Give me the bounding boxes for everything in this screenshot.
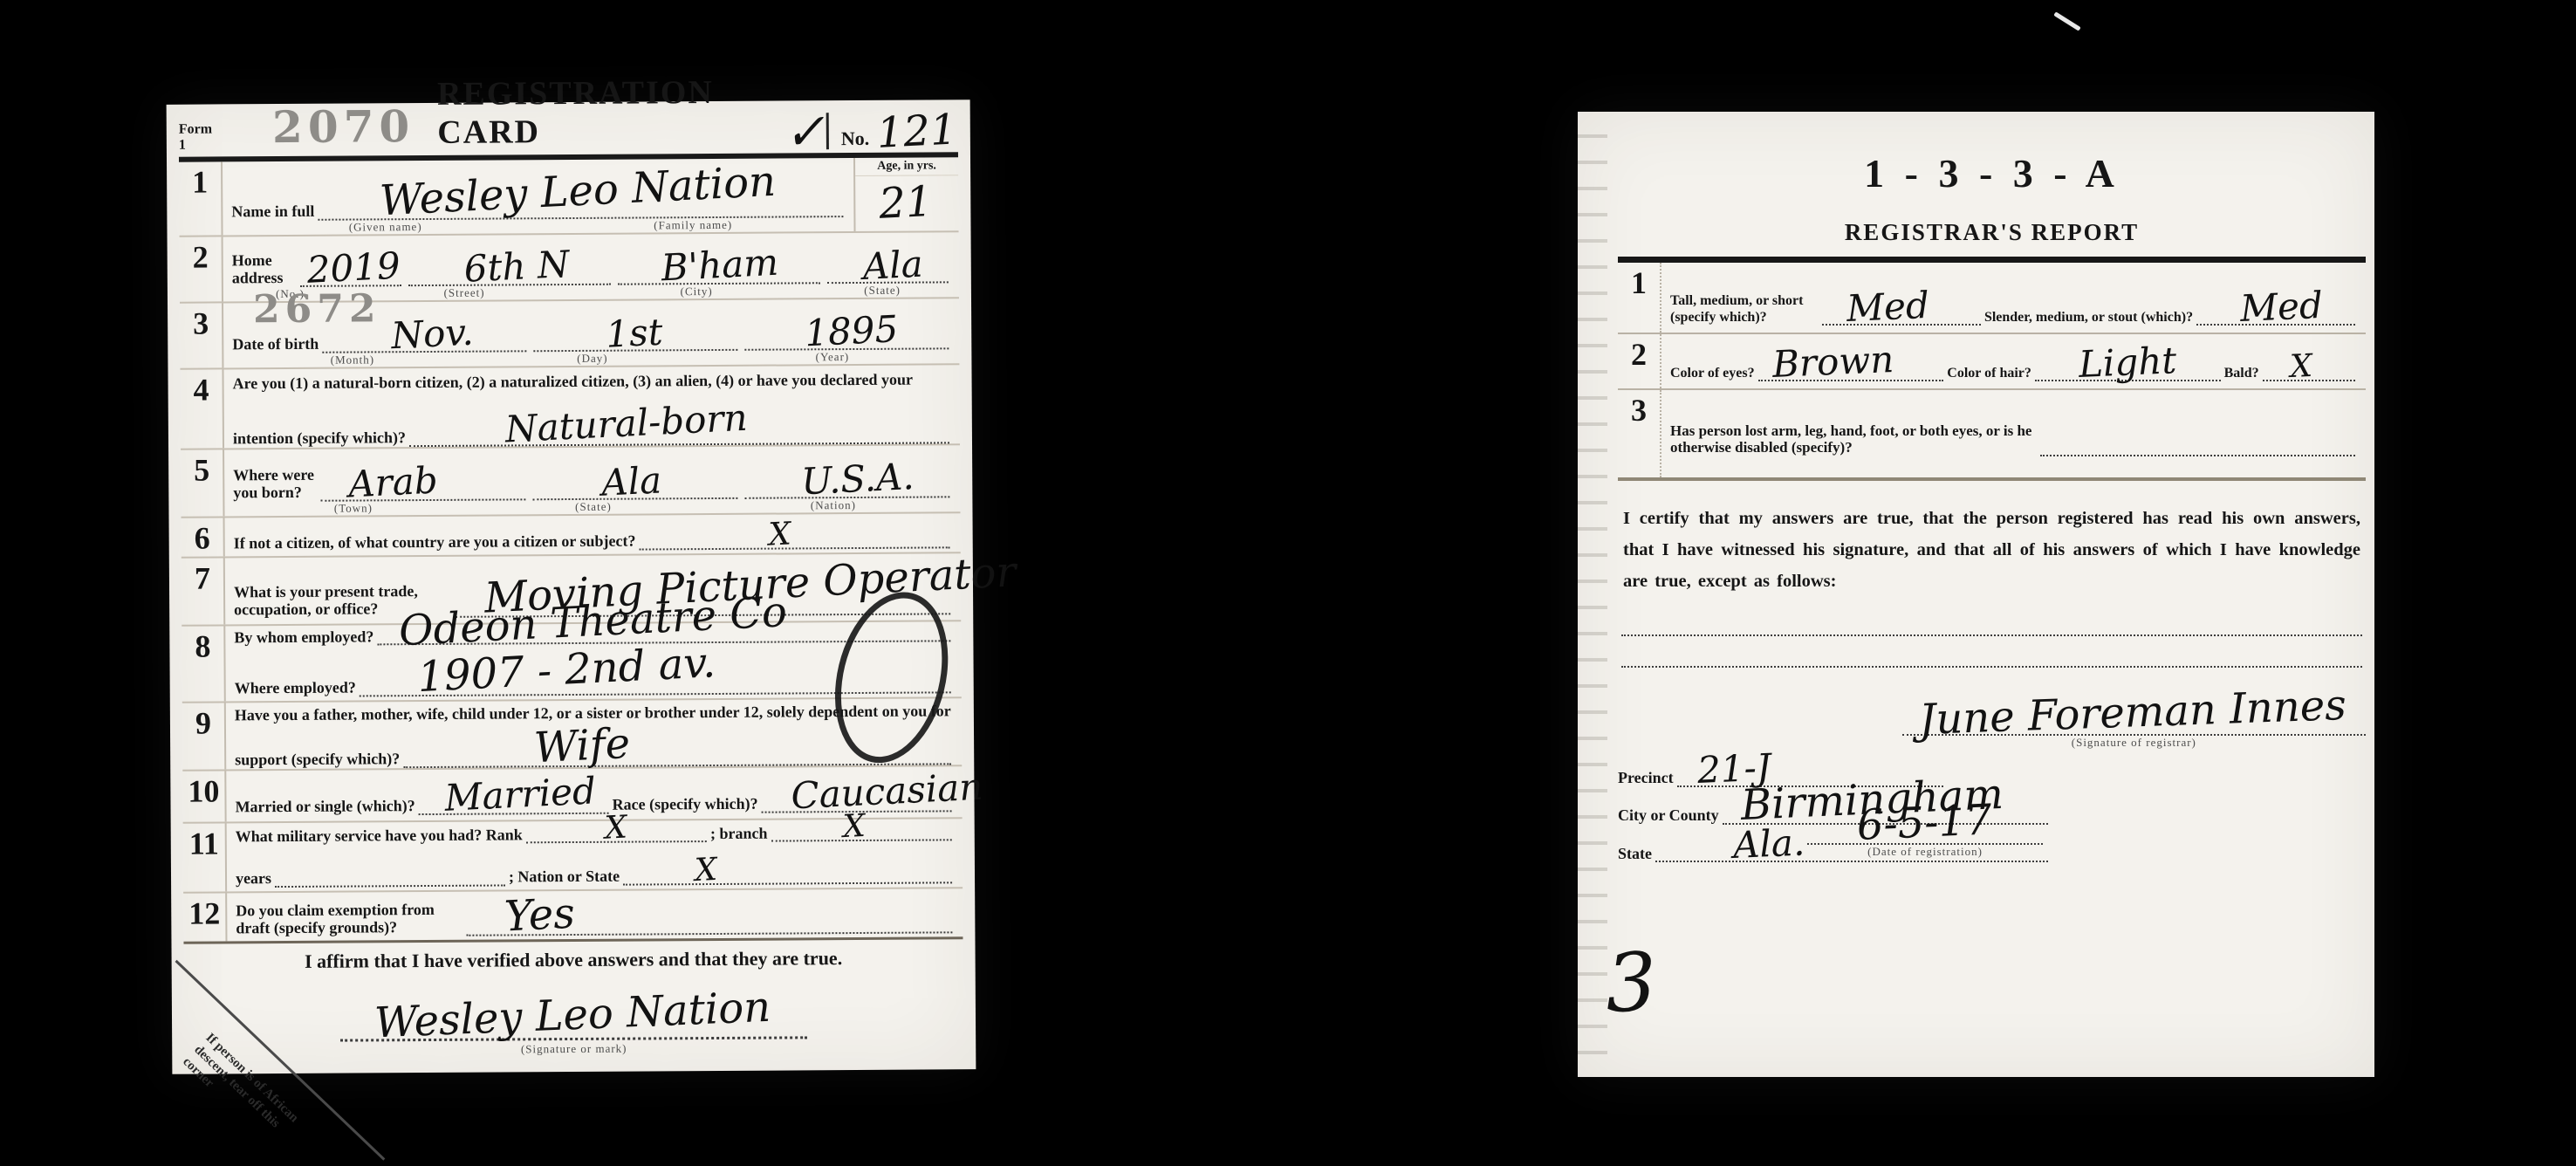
born-state-line: Ala	[532, 481, 737, 501]
military-branch-x: X	[842, 811, 866, 843]
build-girth-question: Slender, medium, or stout (which)?	[1984, 310, 2193, 326]
employer-label: By whom employed?	[234, 628, 373, 647]
registrar-signature-block: June Foreman Innes (Signature of registr…	[1902, 699, 2366, 750]
report-line-build: 1 Tall, medium, or short (specify which)…	[1618, 263, 2366, 334]
military-nation-x: X	[694, 854, 717, 887]
registrar-signature-handwriting: June Foreman Innes	[1919, 684, 2347, 741]
address-street-line: 6th N	[408, 267, 611, 287]
line-number: 8	[182, 626, 226, 701]
exemption-value-handwriting: Yes	[504, 893, 576, 938]
birth-day-handwriting: 1st	[605, 314, 663, 353]
line-where-born: 5 Where were you born? Arab Ala U.S.A. (…	[181, 445, 960, 518]
signature-block: Wesley Leo Nation (Signature or mark)	[339, 999, 807, 1057]
precinct-label: Precinct	[1618, 769, 1674, 787]
line-number: 4	[180, 369, 224, 448]
military-nation-line: X	[623, 865, 952, 885]
build-girth-handwriting: Med	[2239, 287, 2323, 327]
state-label: State	[1618, 845, 1652, 863]
classification-code: 1 - 3 - 3 - A	[1618, 117, 2366, 196]
born-state-handwriting: Ala	[600, 462, 662, 501]
check-mark: ✓	[783, 107, 826, 158]
registration-date-handwriting: 6-5-17	[1856, 799, 1993, 847]
military-nation-label: ; Nation or State	[509, 868, 620, 886]
line-number: 2	[1618, 334, 1661, 388]
line-number: 9	[182, 703, 226, 769]
exemption-write-line: Yes	[466, 915, 952, 936]
hair-color-label: Color of hair?	[1947, 366, 2031, 381]
disability-write-line	[2040, 438, 2355, 456]
serial-number-group: No. 121	[826, 112, 958, 149]
age-value-handwriting: 21	[879, 180, 934, 224]
blank-dotted-line	[1621, 636, 2362, 668]
build-height-question: Tall, medium, or short (specify which)?	[1670, 293, 1819, 326]
family-name-caption: (Family name)	[539, 217, 847, 233]
country-x-mark: X	[768, 518, 791, 551]
exemption-question: Do you claim exemption from draft (speci…	[236, 900, 462, 937]
military-branch-line: X	[771, 822, 951, 841]
line-military: 11 What military service have you had? R…	[183, 819, 963, 893]
perforated-stub-edge	[1578, 112, 1607, 1077]
form-number-label: Form 1	[179, 121, 217, 153]
citizenship-write-line: Natural-born	[409, 425, 949, 447]
citizenship-question-line1: Are you (1) a natural-born citizen, (2) …	[233, 370, 953, 393]
state-field: State Ala. 6-5-17 (Date of registration)	[1618, 844, 2052, 862]
line-number: 3	[1618, 390, 1661, 477]
date-of-registration-block: 6-5-17 (Date of registration)	[1807, 805, 2043, 859]
line-number: 10	[182, 771, 226, 821]
report-line-colors: 2 Color of eyes? Brown Color of hair? Li…	[1618, 334, 2366, 390]
bald-line: X	[2263, 363, 2355, 381]
address-no-line: 2019	[300, 268, 401, 287]
serial-number-value: 121	[876, 108, 958, 154]
address-city-line: B'ham	[618, 265, 820, 285]
age-label: Age, in yrs.	[855, 157, 958, 176]
birth-year-line: 1895	[744, 331, 949, 351]
line-citizenship: 4 Are you (1) a natural-born citizen, (2…	[180, 365, 960, 449]
country-question: If not a citizen, of what country are yo…	[234, 532, 636, 553]
line-exemption: 12 Do you claim exemption from draft (sp…	[183, 888, 963, 943]
military-rank-x: X	[604, 813, 627, 845]
build-girth-line: Med	[2196, 307, 2355, 326]
line-number: 5	[181, 449, 224, 516]
bald-label: Bald?	[2224, 366, 2259, 381]
state-handwriting: Ala.	[1732, 825, 1805, 865]
military-years-label: years	[236, 869, 271, 888]
married-write-line: Married	[419, 796, 609, 816]
corner-numeral-mark: 3	[1604, 943, 1659, 1025]
dependents-value-handwriting: Wife	[533, 723, 631, 769]
line-number: 7	[182, 558, 225, 624]
scanned-document-background: Form 1 2070 REGISTRATION CARD ✓ No. 121 …	[0, 0, 2576, 1166]
line-number: 1	[1618, 263, 1661, 333]
report-line-disability: 3 Has person lost arm, leg, hand, foot, …	[1618, 390, 2366, 481]
scan-scratch-mark	[2053, 11, 2080, 31]
eye-color-label: Color of eyes?	[1670, 366, 1755, 381]
registration-card: Form 1 2070 REGISTRATION CARD ✓ No. 121 …	[167, 99, 976, 1074]
birth-label: Date of birth	[232, 335, 319, 353]
name-label: Name in full	[231, 202, 314, 221]
address-street-handwriting: 6th N	[463, 246, 571, 288]
born-town-line: Arab	[320, 482, 525, 502]
citizenship-question-line2: intention (specify which)?	[233, 429, 406, 448]
affirmation-statement: I affirm that I have verified above answ…	[183, 939, 963, 973]
line-number: 11	[183, 823, 227, 891]
birth-day-line: 1st	[533, 333, 737, 353]
card-title: REGISTRATION CARD	[437, 73, 773, 152]
dependents-write-line: Wife	[403, 746, 951, 768]
name-write-line: Wesley Leo Nation	[318, 199, 843, 221]
disability-question: Has person lost arm, leg, hand, foot, or…	[1670, 422, 2037, 456]
line-employer: 8 By whom employed? Odeon Theatre Co Whe…	[182, 621, 962, 703]
african-descent-corner-note: If person is of African descent, tear of…	[179, 1030, 320, 1166]
registration-card-header: Form 1 2070 REGISTRATION CARD ✓ No. 121	[179, 106, 958, 161]
line-name: 1 Name in full Wesley Leo Nation (Given …	[179, 157, 959, 237]
country-write-line: X	[639, 530, 949, 550]
line-number: 2	[180, 237, 223, 301]
address-no-handwriting: 2019	[306, 248, 401, 289]
report-title: REGISTRAR'S REPORT	[1618, 196, 2366, 257]
born-nation-line: U.S.A.	[744, 479, 949, 499]
race-label: Race (specify which)?	[613, 795, 758, 814]
line-dependents: 9 Have you a father, mother, wife, child…	[182, 698, 962, 771]
address-state-handwriting: Ala	[861, 246, 923, 285]
dependents-question-line2: support (specify which)?	[235, 751, 400, 770]
serial-number-label: No.	[841, 127, 870, 149]
line-number: 3	[180, 303, 223, 367]
name-value-handwriting: Wesley Leo Nation	[379, 161, 777, 223]
where-employed-label: Where employed?	[235, 679, 356, 698]
born-state-caption: (State)	[473, 499, 713, 515]
age-box: Age, in yrs. 21	[853, 157, 959, 231]
address-city-handwriting: B'ham	[661, 244, 779, 287]
line-country: 6 If not a citizen, of what country are …	[182, 513, 961, 558]
birth-month-line: Nov.	[322, 333, 526, 353]
military-rank-line: X	[526, 824, 707, 843]
address-label: Home address	[232, 251, 297, 288]
where-employed-value-handwriting: 1907 - 2nd av.	[416, 641, 716, 698]
military-question: What military service have you had? Rank	[236, 826, 523, 846]
bald-x-mark: X	[2289, 351, 2312, 383]
address-state-line: Ala	[827, 264, 949, 284]
hair-color-line: Light	[2035, 363, 2221, 381]
born-label: Where were you born?	[233, 465, 317, 502]
line-date-of-birth: 3 2672 Date of birth Nov. 1st 1895 (	[180, 298, 959, 369]
race-value-handwriting: Caucasian	[790, 769, 983, 815]
build-height-handwriting: Med	[1846, 287, 1929, 327]
married-label: Married or single (which)?	[235, 797, 414, 816]
eye-color-line: Brown	[1758, 363, 1944, 381]
citizenship-value-handwriting: Natural-born	[504, 400, 749, 449]
eye-color-handwriting: Brown	[1771, 341, 1894, 383]
birth-day-caption: (Day)	[472, 351, 712, 367]
registrant-signature-handwriting: Wesley Leo Nation	[374, 986, 772, 1045]
certification-paragraph: I certify that my answers are true, that…	[1618, 481, 2366, 605]
line-number: 1	[179, 161, 223, 235]
military-branch-label: ; branch	[710, 824, 768, 842]
stamp-2672: 2672	[253, 286, 381, 332]
born-town-handwriting: Arab	[347, 463, 438, 504]
line-number: 12	[183, 893, 227, 941]
military-years-line	[275, 868, 505, 888]
build-height-line: Med	[1822, 307, 1981, 326]
birth-month-handwriting: Nov.	[390, 314, 474, 355]
born-nation-handwriting: U.S.A.	[800, 458, 915, 500]
stamp-2070: 2070	[272, 100, 415, 153]
report-rows: 1 Tall, medium, or short (specify which)…	[1618, 257, 2366, 481]
birth-year-handwriting: 1895	[804, 311, 899, 352]
blank-dotted-line	[1621, 605, 2362, 636]
married-value-handwriting: Married	[443, 772, 596, 817]
hair-color-handwriting: Light	[2078, 342, 2177, 383]
registrars-report-card: 1 - 3 - 3 - A REGISTRAR'S REPORT 1 Tall,…	[1578, 112, 2374, 1077]
city-county-label: City or County	[1618, 806, 1719, 825]
line-number: 6	[182, 518, 225, 556]
